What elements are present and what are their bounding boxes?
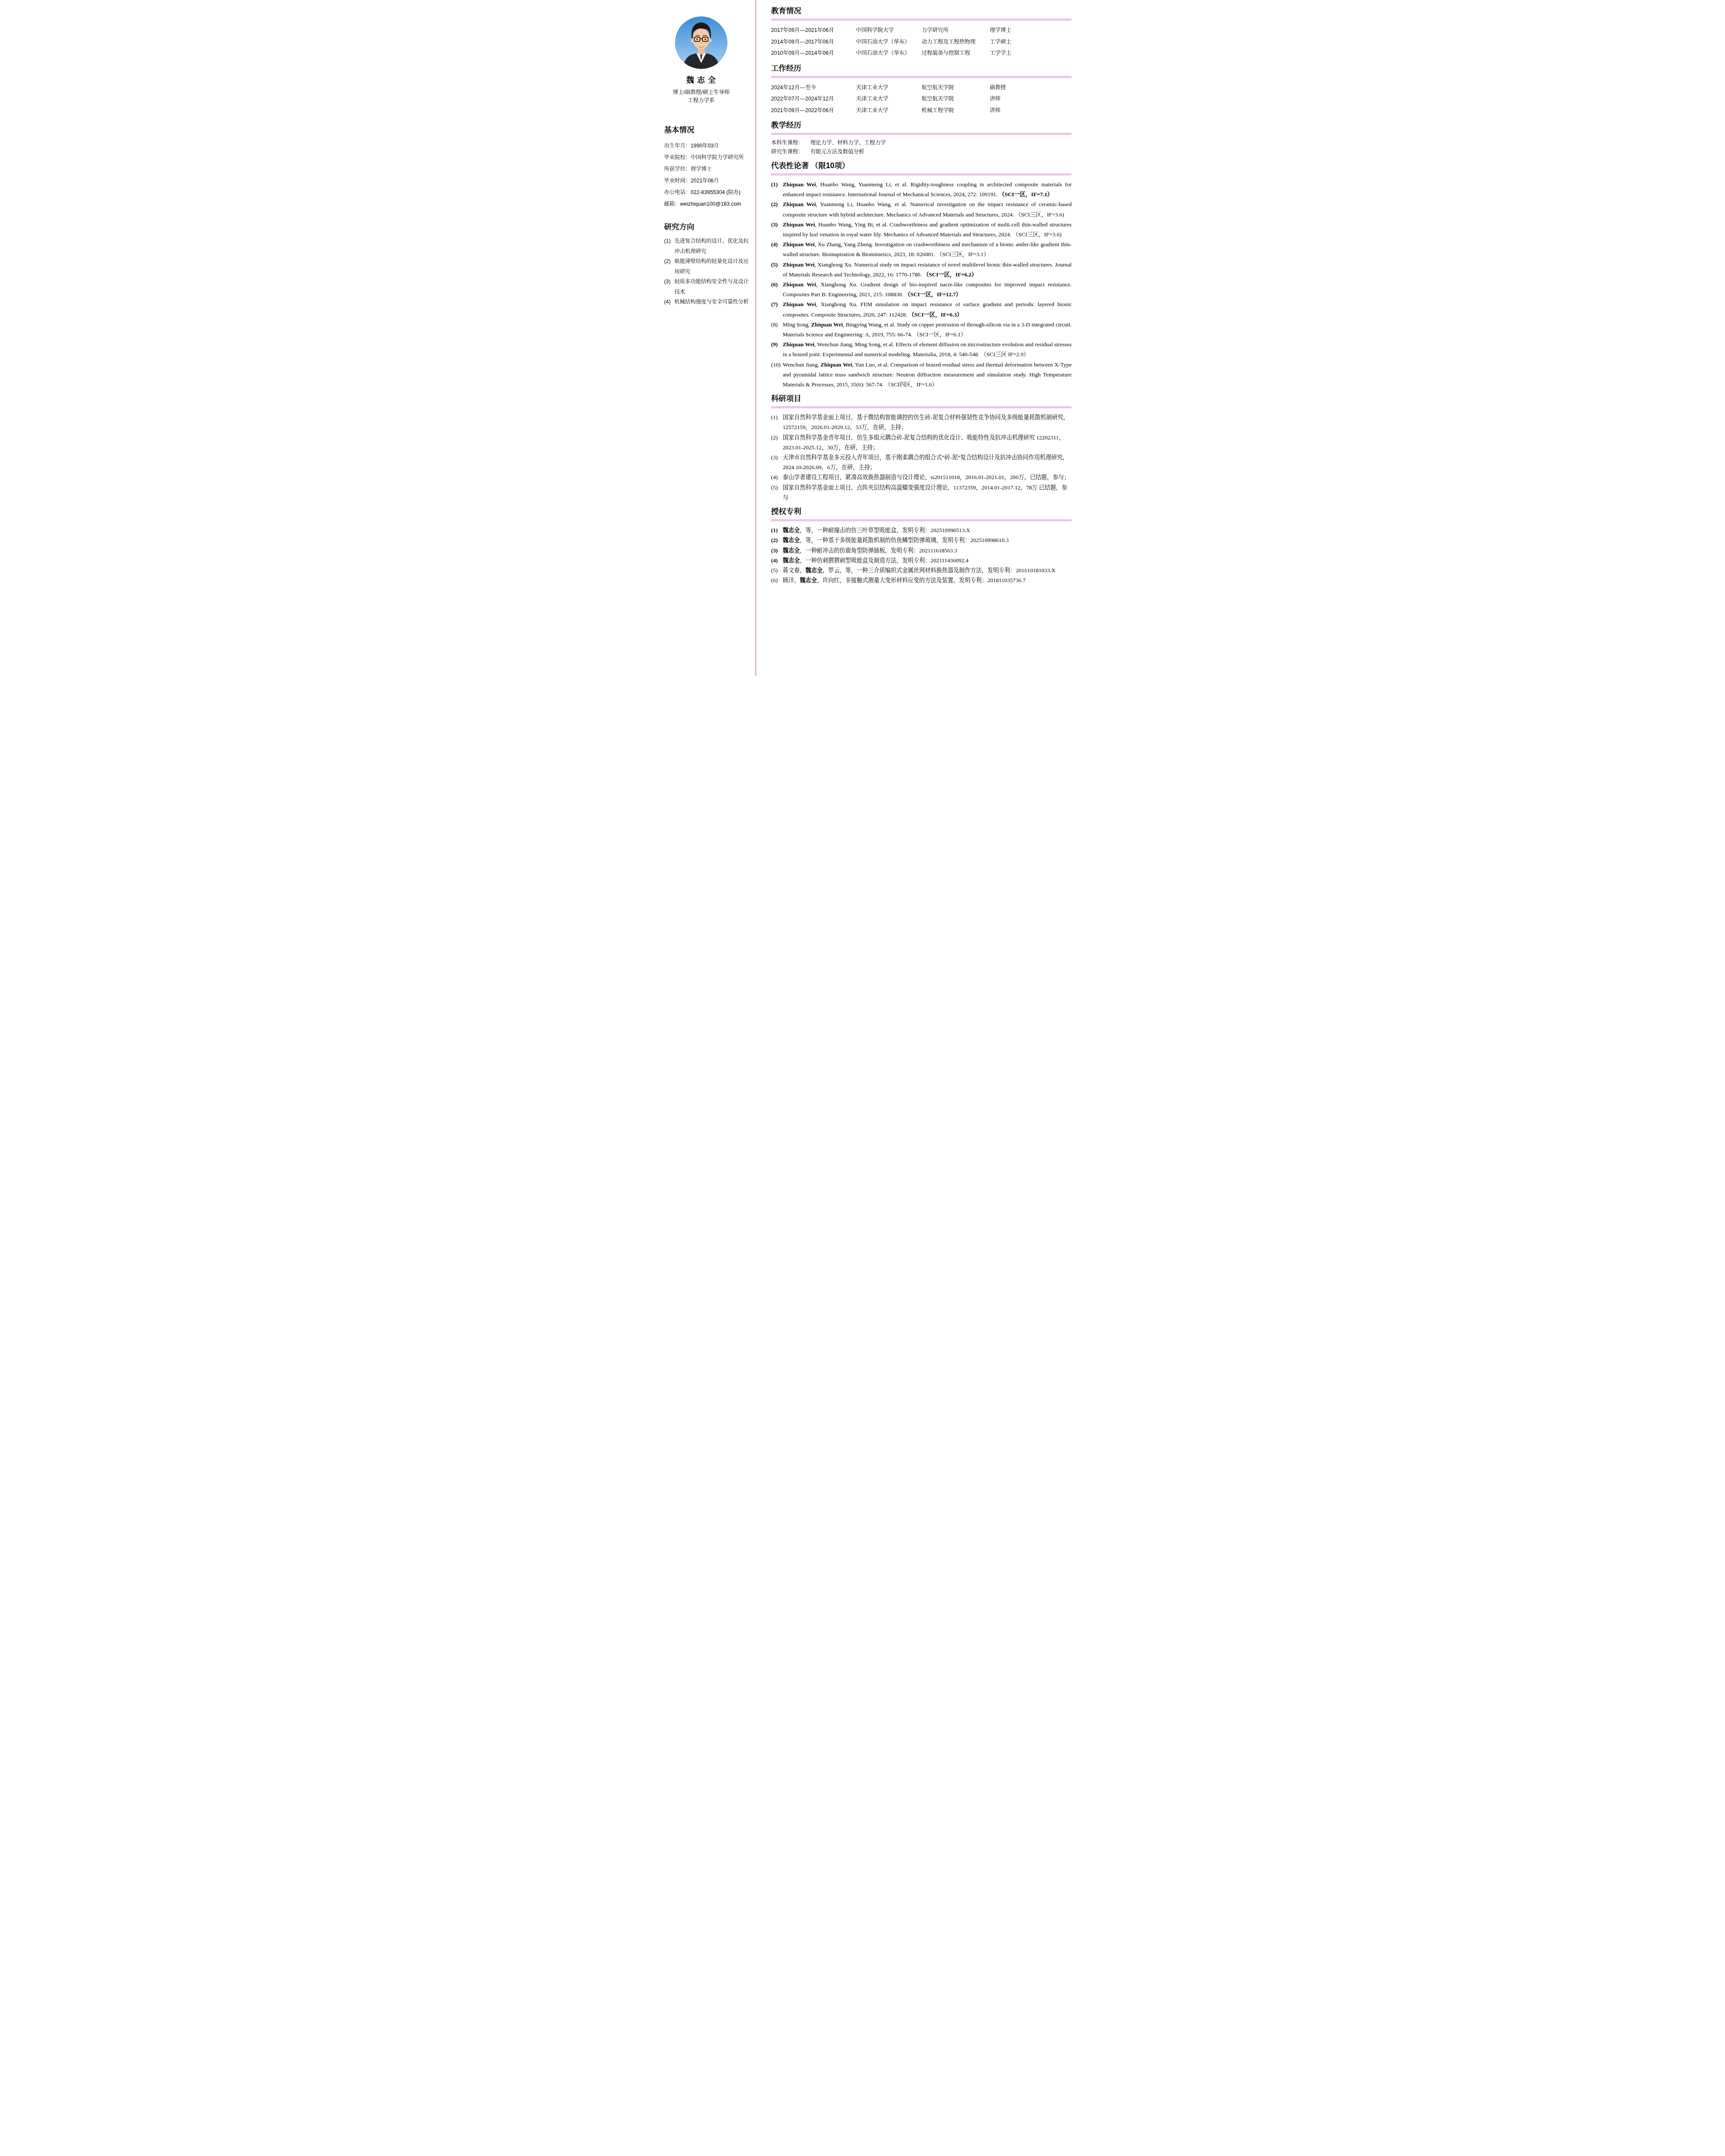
item-text: 顾洋，魏志全，许向红，非接触式测量大变形材料应变的方法及装置，发明专利：2018… bbox=[783, 575, 1072, 585]
item-number: (2) bbox=[664, 257, 674, 277]
publication-item: (8)Ming Song, Zhiquan Wei, Bingying Wang… bbox=[771, 320, 1072, 339]
item-text: Zhiquan Wei, Huanbo Wang, Ying Bi, et al… bbox=[783, 219, 1072, 239]
project-item: (3)天津市自然科学基金多元投入青年项目，基于刚柔耦合的组合式“砖-泥”复合结构… bbox=[771, 452, 1072, 472]
publication-item: (9)Zhiquan Wei, Wenchun Jiang, Ming Song… bbox=[771, 339, 1072, 359]
item-number: (6) bbox=[771, 279, 783, 299]
person-department: 工程力学系 bbox=[647, 97, 756, 104]
publication-item: (6)Zhiquan Wei, Xianghong Xu. Gradient d… bbox=[771, 279, 1072, 299]
work-row: 2021年09月---2022年06月天津工业大学机械工程学院讲师 bbox=[771, 105, 1072, 116]
item-text: Wenchun Jiang, Zhiquan Wei, Yun Luo, et … bbox=[783, 360, 1072, 390]
course-names: 有限元方法及数值分析 bbox=[810, 149, 864, 155]
item-text: Zhiquan Wei, Xianghong Xu. Gradient desi… bbox=[783, 279, 1072, 299]
item-number: (2) bbox=[771, 199, 783, 219]
table-cell: 中国石油大学（华东） bbox=[856, 36, 922, 48]
patent-item: (5)蒋文春，魏志全，罗云，等，一种三介质编织式金属丝网材料换热器及制作方法，发… bbox=[771, 565, 1072, 575]
table-cell: 讲师 bbox=[990, 93, 1072, 105]
section-header-publications: 代表性论著 （限10项） bbox=[771, 160, 1072, 171]
work-row: 2022年07月---2024年12月天津工业大学航空航天学院讲师 bbox=[771, 93, 1072, 105]
project-item: (5)国家自然科学基金面上项目，点阵夹层结构高温蠕变强度设计理论，1137235… bbox=[771, 483, 1072, 502]
item-text: Zhiquan Wei, Huanbo Wang, Yuanmeng Li, e… bbox=[783, 179, 1072, 199]
teaching-lines: 本科生课程：理论力学、材料力学、工程力学研究生课程：有限元方法及数值分析 bbox=[771, 138, 1072, 157]
info-label: 毕业院校： bbox=[664, 154, 691, 160]
section-underline-projects bbox=[771, 406, 1072, 408]
project-item: (1)国家自然科学基金面上项目，基于微结构智能调控的仿生砖-泥复合材料强韧性竞争… bbox=[771, 412, 1072, 432]
basic-info-item: 邮箱：weizhiquan100@163.com bbox=[664, 198, 750, 210]
basic-info-item: 毕业时间：2021年06月 bbox=[664, 175, 750, 187]
item-number: (2) bbox=[771, 535, 783, 545]
item-number: (10) bbox=[771, 360, 783, 390]
item-text: Zhiquan Wei, Wenchun Jiang, Ming Song, e… bbox=[783, 339, 1072, 359]
section-publications: 代表性论著 （限10项） (1)Zhiquan Wei, Huanbo Wang… bbox=[771, 160, 1072, 389]
section-header-teaching: 教学经历 bbox=[771, 119, 1072, 130]
info-value: 1990年03月 bbox=[691, 143, 719, 149]
section-underline-teaching bbox=[771, 133, 1072, 135]
section-teaching: 教学经历 本科生课程：理论力学、材料力学、工程力学研究生课程：有限元方法及数值分… bbox=[771, 119, 1072, 157]
item-number: (2) bbox=[771, 432, 783, 452]
item-number: (6) bbox=[771, 575, 783, 585]
section-patents: 授权专利 (1)魏志全，等，一种耐撞击的仿三叶草型吸能盒，发明专利：202510… bbox=[771, 506, 1072, 585]
item-number: (7) bbox=[771, 299, 783, 319]
item-number: (8) bbox=[771, 320, 783, 339]
table-cell: 2017年09月---2021年06月 bbox=[771, 25, 856, 36]
item-number: (9) bbox=[771, 339, 783, 359]
table-cell: 工学学士 bbox=[990, 47, 1072, 59]
table-cell: 2021年09月---2022年06月 bbox=[771, 105, 856, 116]
course-level-label: 本科生课程： bbox=[771, 138, 803, 147]
table-cell: 中国石油大学（华东） bbox=[856, 47, 922, 59]
work-row: 2024年12月---至今天津工业大学航空航天学院副教授 bbox=[771, 82, 1072, 94]
item-number: (4) bbox=[771, 555, 783, 565]
item-number: (4) bbox=[771, 472, 783, 482]
item-text: Zhiquan Wei, Xianghong Xu. Numerical stu… bbox=[783, 260, 1072, 279]
section-header-projects: 科研项目 bbox=[771, 393, 1072, 404]
main-content: 教育情况 2017年09月---2021年06月中国科学院大学力学研究所理学博士… bbox=[771, 0, 1072, 589]
research-direction-list: (1)先进复合结构的设计、优化及抗冲击机理研究(2)吸能薄壁结构的轻量化设计及应… bbox=[647, 232, 756, 307]
item-text: Zhiquan Wei, Xianghong Xu. FEM simulatio… bbox=[783, 299, 1072, 319]
table-cell: 天津工业大学 bbox=[856, 82, 922, 94]
info-label: 毕业时间： bbox=[664, 178, 691, 184]
info-value: 中国科学院力学研究所 bbox=[691, 154, 744, 160]
patent-item: (3)魏志全，一种耐冲击的仿鹿角型防弹插板，发明专利：202111618563.… bbox=[771, 545, 1072, 555]
publication-list: (1)Zhiquan Wei, Huanbo Wang, Yuanmeng Li… bbox=[771, 179, 1072, 389]
table-cell: 机械工程学院 bbox=[922, 105, 990, 116]
research-direction-item: (2)吸能薄壁结构的轻量化设计及应用研究 bbox=[664, 257, 751, 277]
basic-info-item: 办公电话：022-83955304 (院办) bbox=[664, 187, 750, 198]
item-number: (5) bbox=[771, 565, 783, 575]
research-direction-item: (1)先进复合结构的设计、优化及抗冲击机理研究 bbox=[664, 236, 751, 257]
item-text: 魏志全，等，一种耐撞击的仿三叶草型吸能盒，发明专利：202510990513.X bbox=[783, 525, 1072, 535]
vertical-divider bbox=[755, 0, 756, 676]
teaching-line: 本科生课程：理论力学、材料力学、工程力学 bbox=[771, 138, 1072, 147]
basic-info-item: 出生年月：1990年03月 bbox=[664, 140, 750, 152]
info-label: 办公电话： bbox=[664, 189, 691, 195]
section-work: 工作经历 2024年12月---至今天津工业大学航空航天学院副教授2022年07… bbox=[771, 63, 1072, 116]
table-cell: 航空航天学院 bbox=[922, 93, 990, 105]
publication-item: (7)Zhiquan Wei, Xianghong Xu. FEM simula… bbox=[771, 299, 1072, 319]
section-education: 教育情况 2017年09月---2021年06月中国科学院大学力学研究所理学博士… bbox=[771, 5, 1072, 59]
course-level-label: 研究生课程： bbox=[771, 147, 803, 157]
item-number: (1) bbox=[664, 236, 674, 257]
table-cell: 2022年07月---2024年12月 bbox=[771, 93, 856, 105]
section-header-research: 研究方向 bbox=[647, 221, 756, 232]
table-cell: 过程装备与控制工程 bbox=[922, 47, 990, 59]
teaching-line: 研究生课程：有限元方法及数值分析 bbox=[771, 147, 1072, 157]
table-cell: 力学研究所 bbox=[922, 25, 990, 36]
publication-item: (1)Zhiquan Wei, Huanbo Wang, Yuanmeng Li… bbox=[771, 179, 1072, 199]
table-cell: 理学博士 bbox=[990, 25, 1072, 36]
item-number: (4) bbox=[771, 239, 783, 259]
publication-item: (5)Zhiquan Wei, Xianghong Xu. Numerical … bbox=[771, 260, 1072, 279]
item-text: 魏志全，等，一种基于多级能量耗散机制的仿鱼鳞型防弹玻璃，发明专利：2025109… bbox=[783, 535, 1072, 545]
person-name: 魏 志 全 bbox=[647, 74, 756, 85]
table-cell: 讲师 bbox=[990, 105, 1072, 116]
item-text: 国家自然科学基金面上项目，基于微结构智能调控的仿生砖-泥复合材料强韧性竞争协同及… bbox=[783, 412, 1072, 432]
basic-info-list: 出生年月：1990年03月毕业院校：中国科学院力学研究所所获学位：理学博士毕业时… bbox=[647, 135, 756, 210]
info-label: 邮箱： bbox=[664, 201, 680, 207]
info-label: 出生年月： bbox=[664, 143, 691, 149]
info-value: 2021年06月 bbox=[691, 178, 719, 184]
section-header-education: 教育情况 bbox=[771, 5, 1072, 16]
publication-item: (3)Zhiquan Wei, Huanbo Wang, Ying Bi, et… bbox=[771, 219, 1072, 239]
basic-info-item: 毕业院校：中国科学院力学研究所 bbox=[664, 152, 750, 163]
item-number: (1) bbox=[771, 412, 783, 432]
table-cell: 天津工业大学 bbox=[856, 93, 922, 105]
info-label: 所获学位： bbox=[664, 166, 691, 172]
person-title: 博士/副教授/硕士生导师 bbox=[647, 88, 756, 97]
table-cell: 动力工程及工程热物理 bbox=[922, 36, 990, 48]
basic-info-item: 所获学位：理学博士 bbox=[664, 163, 750, 175]
item-number: (4) bbox=[664, 297, 674, 307]
course-names: 理论力学、材料力学、工程力学 bbox=[810, 140, 886, 146]
education-table: 2017年09月---2021年06月中国科学院大学力学研究所理学博士2014年… bbox=[771, 25, 1072, 59]
patent-item: (6)顾洋，魏志全，许向红，非接触式测量大变形材料应变的方法及装置，发明专利：2… bbox=[771, 575, 1072, 585]
sidebar: 魏 志 全 博士/副教授/硕士生导师 工程力学系 基本情况 出生年月：1990年… bbox=[647, 0, 756, 307]
publication-item: (10)Wenchun Jiang, Zhiquan Wei, Yun Luo,… bbox=[771, 360, 1072, 390]
item-number: (3) bbox=[771, 219, 783, 239]
item-text: 先进复合结构的设计、优化及抗冲击机理研究 bbox=[674, 236, 751, 257]
item-number: (1) bbox=[771, 179, 783, 199]
project-item: (2)国家自然科学基金青年项目，仿生多组元耦合砖-泥复合结构的优化设计、吸能特性… bbox=[771, 432, 1072, 452]
info-value: 022-83955304 (院办) bbox=[691, 189, 741, 195]
section-header-basic-info: 基本情况 bbox=[647, 124, 756, 135]
patent-list: (1)魏志全，等，一种耐撞击的仿三叶草型吸能盒，发明专利：20251099051… bbox=[771, 525, 1072, 585]
item-text: 吸能薄壁结构的轻量化设计及应用研究 bbox=[674, 257, 751, 277]
table-cell: 2014年09月---2017年06月 bbox=[771, 36, 856, 48]
research-direction-item: (4)机械结构强度与安全可靠性分析 bbox=[664, 297, 751, 307]
resume-page: 魏 志 全 博士/副教授/硕士生导师 工程力学系 基本情况 出生年月：1990年… bbox=[647, 0, 1078, 700]
item-text: Zhiquan Wei, Yuanmeng Li, Huanbo Wang, e… bbox=[783, 199, 1072, 219]
item-number: (3) bbox=[664, 277, 674, 297]
item-text: 泰山学者建设工程项目，紧凑高效换热器制造与设计理论，ts201511018，20… bbox=[783, 472, 1072, 482]
item-text: 国家自然科学基金青年项目，仿生多组元耦合砖-泥复合结构的优化设计、吸能特性及抗冲… bbox=[783, 432, 1072, 452]
profile-photo bbox=[675, 16, 728, 69]
work-table: 2024年12月---至今天津工业大学航空航天学院副教授2022年07月---2… bbox=[771, 82, 1072, 116]
item-number: (5) bbox=[771, 483, 783, 502]
table-cell: 中国科学院大学 bbox=[856, 25, 922, 36]
item-number: (3) bbox=[771, 452, 783, 472]
section-header-patents: 授权专利 bbox=[771, 506, 1072, 517]
info-value: 理学博士 bbox=[691, 166, 712, 172]
publication-item: (2)Zhiquan Wei, Yuanmeng Li, Huanbo Wang… bbox=[771, 199, 1072, 219]
patent-item: (2)魏志全，等，一种基于多级能量耗散机制的仿鱼鳞型防弹玻璃，发明专利：2025… bbox=[771, 535, 1072, 545]
patent-item: (4)魏志全，一种仿刺猬猬刺型吸能盒及制造方法，发明专利：20211143609… bbox=[771, 555, 1072, 565]
education-row: 2017年09月---2021年06月中国科学院大学力学研究所理学博士 bbox=[771, 25, 1072, 36]
education-row: 2014年09月---2017年06月中国石油大学（华东）动力工程及工程热物理工… bbox=[771, 36, 1072, 48]
research-direction-item: (3)轻质多功能结构安全性与及设计技术 bbox=[664, 277, 751, 297]
item-text: 轻质多功能结构安全性与及设计技术 bbox=[674, 277, 751, 297]
table-cell: 2010年09月---2014年06月 bbox=[771, 47, 856, 59]
section-projects: 科研项目 (1)国家自然科学基金面上项目，基于微结构智能调控的仿生砖-泥复合材料… bbox=[771, 393, 1072, 502]
item-text: 国家自然科学基金面上项目，点阵夹层结构高温蠕变强度设计理论，11372359，2… bbox=[783, 483, 1072, 502]
item-number: (3) bbox=[771, 545, 783, 555]
item-text: 机械结构强度与安全可靠性分析 bbox=[674, 297, 751, 307]
info-value: weizhiquan100@163.com bbox=[680, 201, 741, 207]
item-text: Zhiquan Wei, Xu Zhang, Yang Zheng. Inves… bbox=[783, 239, 1072, 259]
table-cell: 2024年12月---至今 bbox=[771, 82, 856, 94]
project-item: (4)泰山学者建设工程项目，紧凑高效换热器制造与设计理论，ts201511018… bbox=[771, 472, 1072, 482]
item-number: (5) bbox=[771, 260, 783, 279]
patent-item: (1)魏志全，等，一种耐撞击的仿三叶草型吸能盒，发明专利：20251099051… bbox=[771, 525, 1072, 535]
section-underline-work bbox=[771, 76, 1072, 78]
avatar bbox=[675, 16, 728, 69]
item-number: (1) bbox=[771, 525, 783, 535]
item-text: 魏志全，一种仿刺猬猬刺型吸能盒及制造方法，发明专利：202111436092.4 bbox=[783, 555, 1072, 565]
section-underline-publications bbox=[771, 173, 1072, 175]
table-cell: 天津工业大学 bbox=[856, 105, 922, 116]
section-underline-education bbox=[771, 19, 1072, 21]
table-cell: 副教授 bbox=[990, 82, 1072, 94]
publication-item: (4)Zhiquan Wei, Xu Zhang, Yang Zheng. In… bbox=[771, 239, 1072, 259]
project-list: (1)国家自然科学基金面上项目，基于微结构智能调控的仿生砖-泥复合材料强韧性竞争… bbox=[771, 412, 1072, 502]
item-text: 魏志全，一种耐冲击的仿鹿角型防弹插板，发明专利：202111618563.3 bbox=[783, 545, 1072, 555]
item-text: 蒋文春，魏志全，罗云，等，一种三介质编织式金属丝网材料换热器及制作方法，发明专利… bbox=[783, 565, 1072, 575]
item-text: 天津市自然科学基金多元投入青年项目，基于刚柔耦合的组合式“砖-泥”复合结构设计及… bbox=[783, 452, 1072, 472]
item-text: Ming Song, Zhiquan Wei, Bingying Wang, e… bbox=[783, 320, 1072, 339]
section-underline-patents bbox=[771, 519, 1072, 521]
table-cell: 工学硕士 bbox=[990, 36, 1072, 48]
section-header-work: 工作经历 bbox=[771, 63, 1072, 73]
table-cell: 航空航天学院 bbox=[922, 82, 990, 94]
education-row: 2010年09月---2014年06月中国石油大学（华东）过程装备与控制工程工学… bbox=[771, 47, 1072, 59]
